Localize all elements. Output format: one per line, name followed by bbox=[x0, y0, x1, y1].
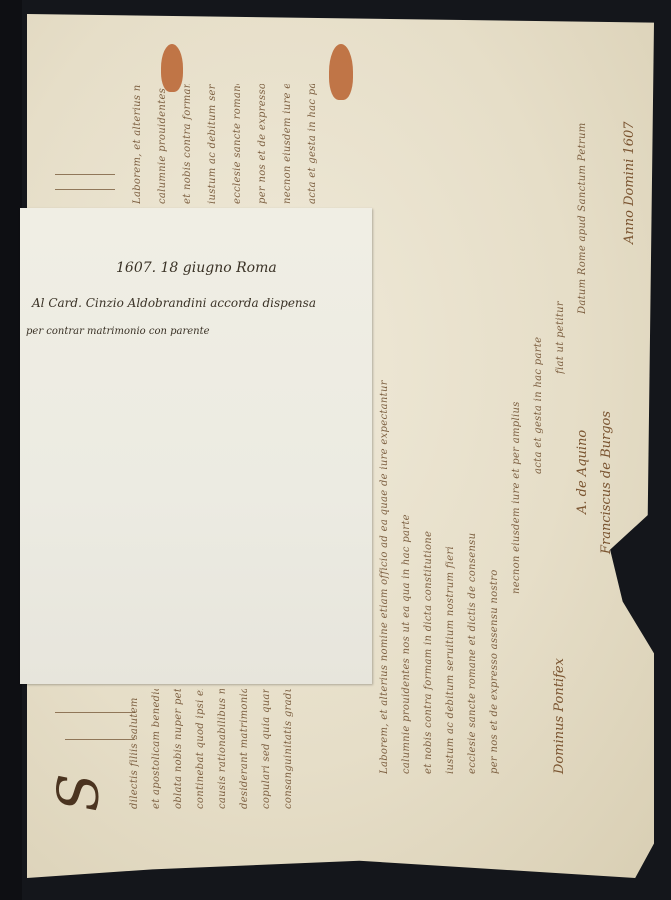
text-column: desiderant matrimonialiter bbox=[239, 689, 250, 809]
initial-letter: S bbox=[47, 773, 112, 811]
date-note: Anno Domini 1607 bbox=[622, 94, 637, 244]
text-column: dilectis filiis salutem bbox=[129, 689, 140, 809]
text-column: copulari sed quia quarto bbox=[261, 689, 272, 809]
ruling-line bbox=[55, 189, 115, 190]
text-column: et apostolicam benedictionem bbox=[151, 689, 162, 809]
text-column: Laborem, et alterius nomine etiam offici… bbox=[132, 84, 143, 204]
text-column: acta et gesta in hac parte bbox=[307, 84, 318, 204]
text-column: ecclesie sancte romane et dictis de cons… bbox=[467, 74, 478, 774]
text-column: causis rationabilibus moti bbox=[217, 689, 228, 809]
ruling-line bbox=[55, 712, 135, 713]
signature-2: Franciscus de Burgos bbox=[599, 374, 614, 554]
ruling-line bbox=[55, 174, 115, 175]
text-column: ecclesie sancte romane et dictis de cons… bbox=[232, 84, 243, 204]
text-column: per nos et de expresso assensu nostro bbox=[489, 74, 500, 774]
signature-1: A. de Aquino bbox=[575, 394, 590, 514]
text-column: oblata nobis nuper petitio bbox=[173, 689, 184, 809]
edge-stain bbox=[615, 14, 653, 22]
bottom-note: Dominus Pontifex bbox=[552, 634, 567, 774]
text-column: per nos et de expresso assensu nostro bbox=[257, 84, 268, 204]
slip-subject: per contrar matrimonio con parente bbox=[26, 326, 210, 337]
text-column: Datum Rome apud Sanctum Petrum bbox=[577, 94, 588, 314]
text-column: necnon eiusdem iure et per amplius bbox=[511, 74, 522, 594]
text-column: iustum ac debitum seruitium nostrum fier… bbox=[445, 74, 456, 774]
text-column: consanguinitatis gradu bbox=[283, 689, 294, 809]
text-column: iustum ac debitum seruitium nostrum fier… bbox=[207, 84, 218, 204]
text-column: et nobis contra formam in dicta constitu… bbox=[182, 84, 193, 204]
text-column: et nobis contra formam in dicta constitu… bbox=[423, 74, 434, 774]
slip-addressee: Al Card. Cinzio Aldobrandini accorda dis… bbox=[32, 296, 316, 310]
text-column: calumnie prouidentes nos ut ea qua in ha… bbox=[157, 84, 168, 204]
text-column: fiat ut petitur bbox=[555, 74, 566, 374]
text-column: calumnie prouidentes nos ut ea qua in ha… bbox=[401, 74, 412, 774]
text-column: Laborem, et alterius nomine etiam offici… bbox=[379, 74, 390, 774]
archival-slip: 1607. 18 giugno Roma Al Card. Cinzio Ald… bbox=[20, 208, 372, 684]
text-column: necnon eiusdem iure et per amplius bbox=[282, 84, 293, 204]
seal-stain-right bbox=[329, 44, 353, 100]
text-column: continebat quod ipsi ex certis bbox=[195, 689, 206, 809]
text-column: acta et gesta in hac parte bbox=[533, 74, 544, 474]
slip-date: 1607. 18 giugno Roma bbox=[116, 260, 277, 276]
ruling-line bbox=[65, 739, 135, 740]
scanner-frame bbox=[0, 0, 22, 900]
